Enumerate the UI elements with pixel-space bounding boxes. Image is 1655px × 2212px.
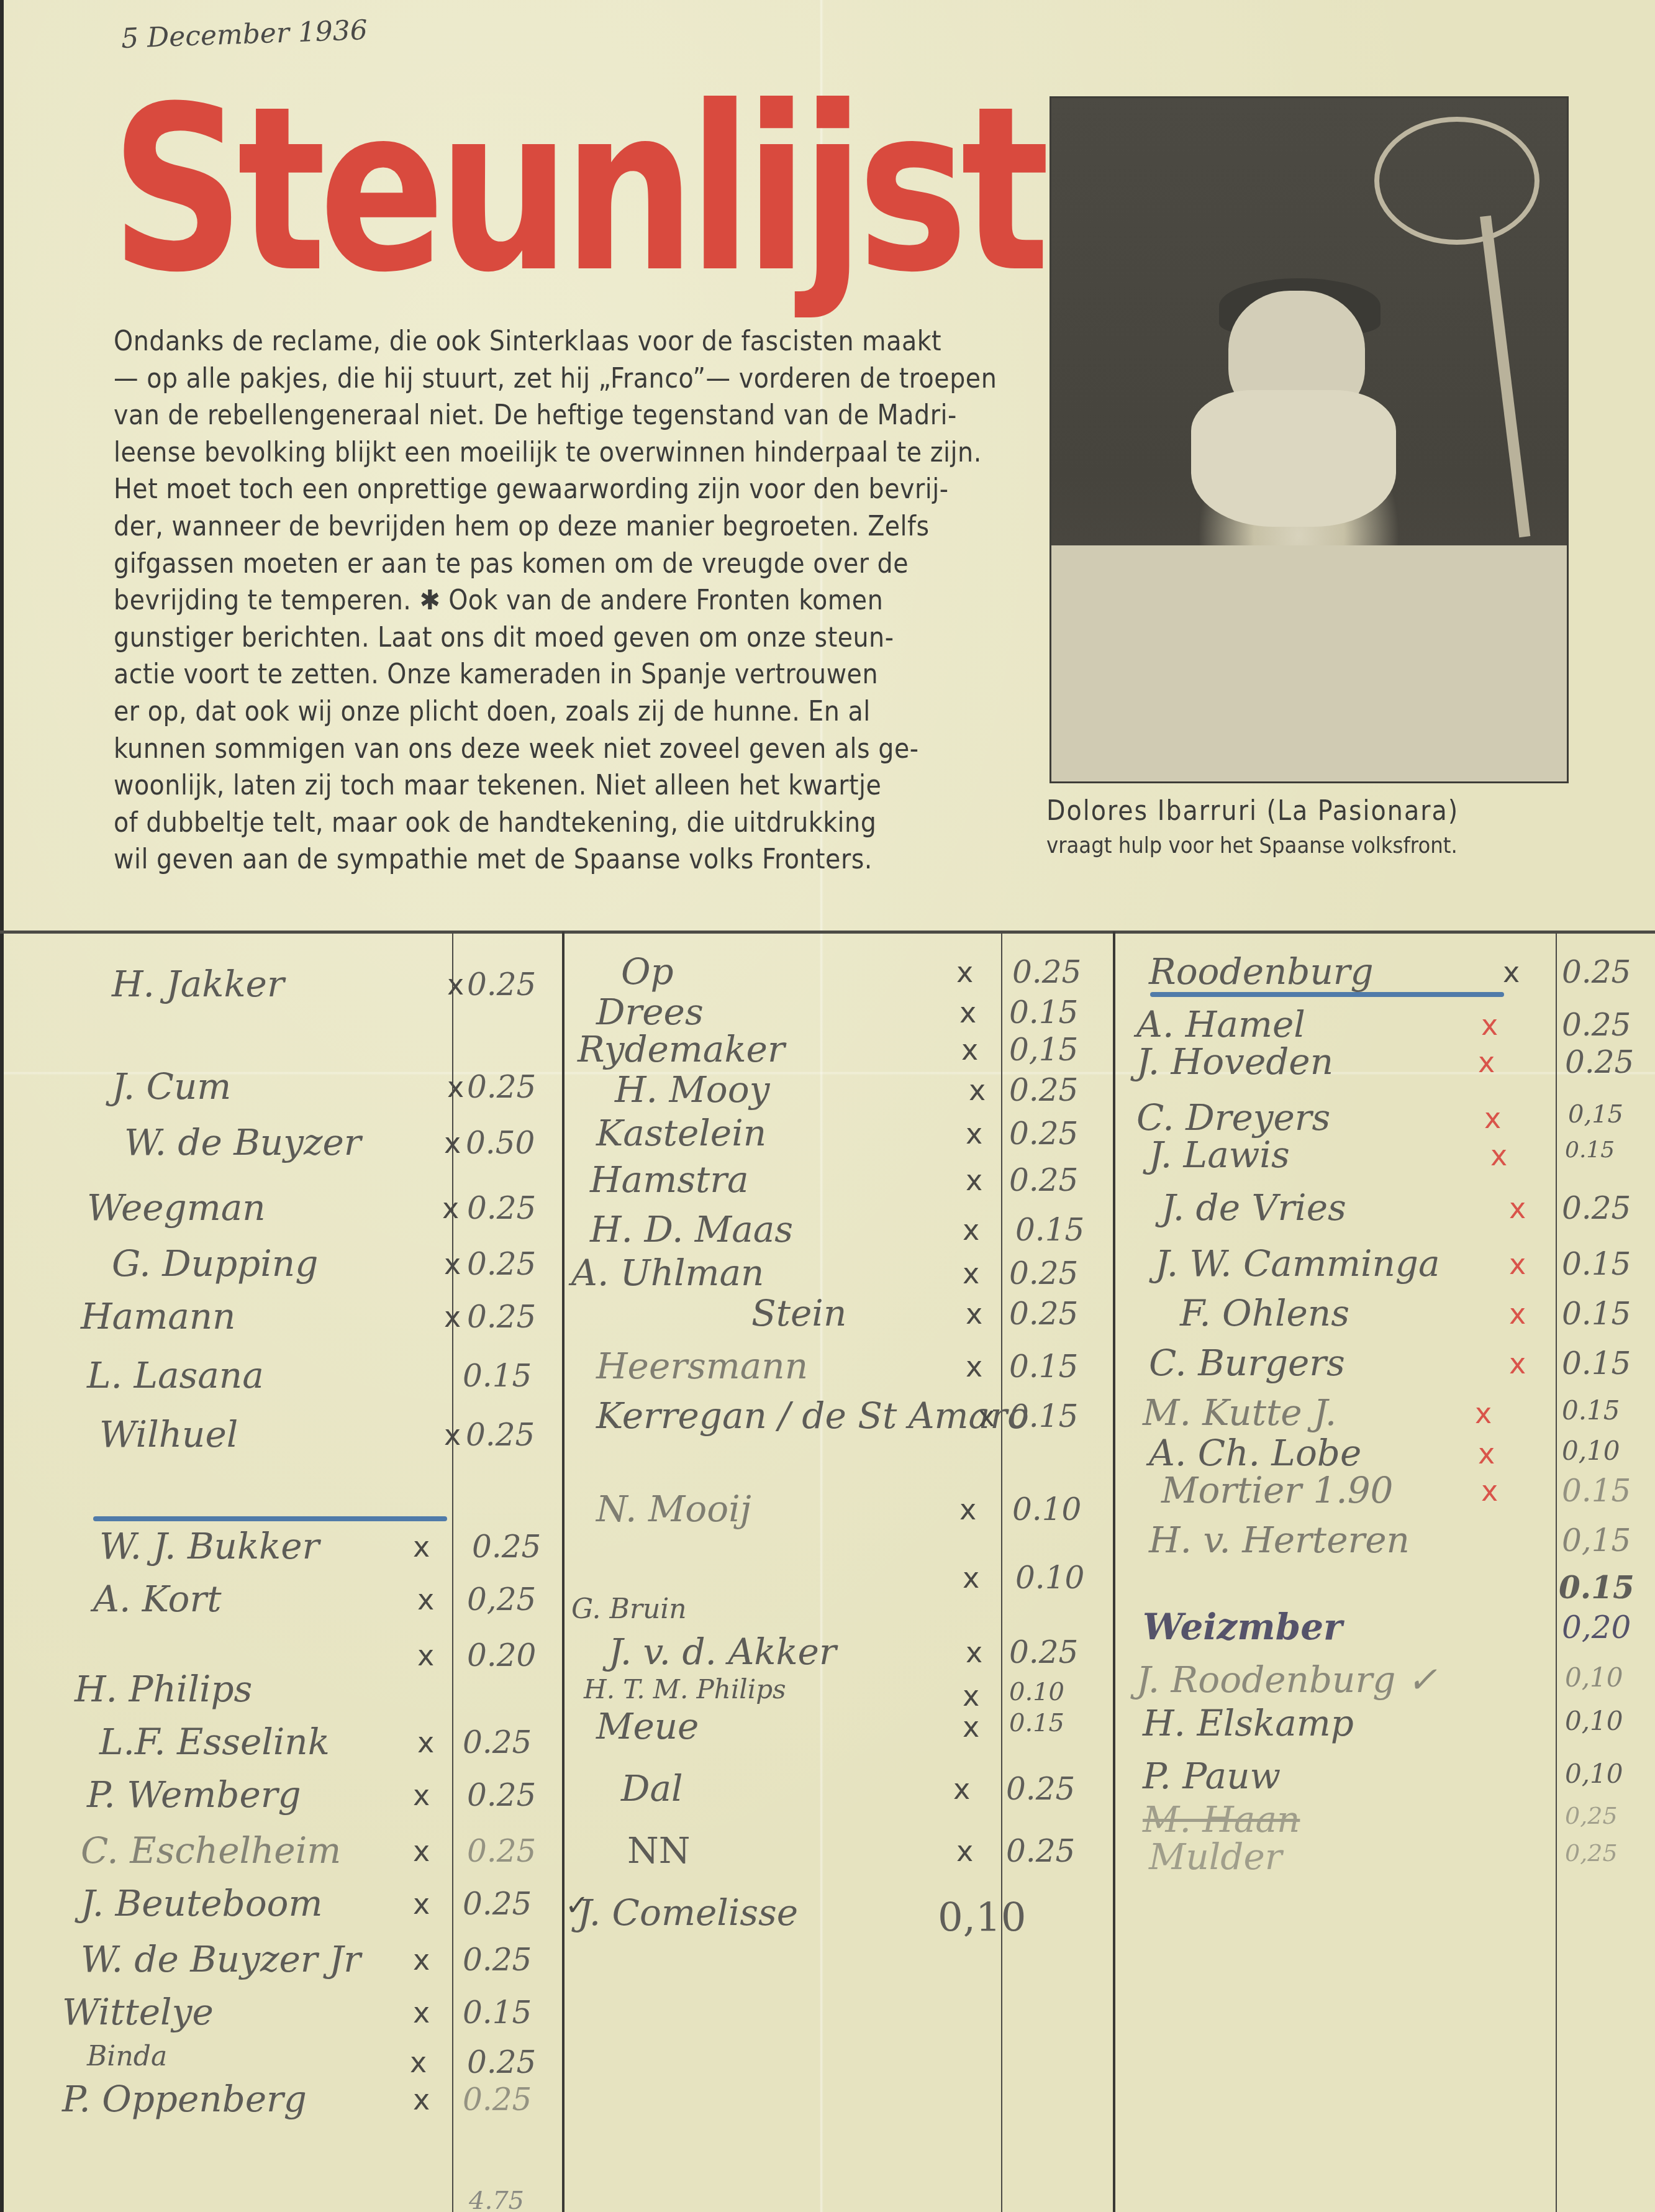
col2-amount-divider [1001,932,1002,2212]
col-divider-1-2 [562,932,565,2212]
check-x-icon: x [413,1887,430,1921]
col3-amount-divider [1556,932,1557,2212]
check-x-icon: x [447,1070,464,1104]
check-x-icon: x [963,1710,979,1744]
red-x-icon: x [1475,1396,1492,1430]
blue-underline [93,1516,447,1521]
check-x-icon: x [442,1191,459,1225]
check-x-icon: x [444,1247,461,1281]
check-x-icon: x [413,1943,430,1977]
intro-line: — op alle pakjes, die hij stuurt, zet hi… [114,360,977,398]
intro-line: van de rebellengeneraal niet. De heftige… [114,397,977,434]
handwritten-date: 5 December 1936 [120,14,368,55]
check-x-icon: x [959,996,976,1029]
check-x-icon: x [413,1530,430,1563]
check-x-icon: x [956,1834,973,1868]
intro-text: Ondanks de reclame, die ook Sinterklaas … [114,323,977,878]
red-x-icon: x [1490,1139,1507,1172]
red-x-icon: x [1481,1474,1498,1508]
intro-line: of dubbeltje telt, maar ook de handteken… [114,804,977,842]
intro-line: kunnen sommigen van ons deze week niet z… [114,731,977,768]
blue-underline [1150,992,1504,997]
checkmark-icon: ✓ [565,1888,589,1922]
red-x-icon: x [1509,1191,1526,1225]
check-x-icon: x [966,1350,982,1383]
red-x-icon: x [1484,1101,1501,1135]
intro-line: Ondanks de reclame, die ook Sinterklaas … [114,323,977,360]
check-x-icon: x [444,1418,461,1452]
microphone-icon [1374,117,1539,245]
caption-line-2: vraagt hulp voor het Spaanse volksfront. [1046,833,1593,858]
red-x-icon: x [1509,1347,1526,1380]
col1-amount-divider [452,932,453,2212]
check-x-icon: x [966,1117,982,1150]
column-subtotal: 4.75 [469,2187,524,2212]
check-x-icon: x [413,2083,430,2116]
page-edge [0,0,4,2212]
check-x-icon: x [417,1639,434,1672]
intro-line: actie voort te zetten. Onze kameraden in… [114,656,977,693]
photo-caption: Dolores Ibarruri (La Pasionara) vraagt h… [1046,795,1593,858]
check-x-icon: x [963,1561,979,1595]
check-x-icon: x [413,1996,430,2029]
list-top-rule [0,931,1655,934]
check-x-icon: x [966,1163,982,1197]
check-x-icon: x [444,1300,461,1334]
intro-line: Het moet toch een onprettige gewaarwordi… [114,471,977,508]
photo-table [1051,545,1567,781]
red-x-icon: x [1509,1297,1526,1331]
check-x-icon: x [963,1679,979,1713]
intro-line: bevrijding te temperen. ✱ Ook van de and… [114,582,977,619]
intro-line: wil geven aan de sympathie met de Spaans… [114,841,977,878]
check-x-icon: x [413,1834,430,1868]
check-x-icon: x [966,1297,982,1331]
red-x-icon: x [1478,1045,1495,1079]
intro-line: er op, dat ook wij onze plicht doen, zoa… [114,693,977,731]
check-x-icon: x [959,1493,976,1526]
intro-line: woonlijk, laten zij toch maar tekenen. N… [114,767,977,804]
check-x-icon: x [417,1726,434,1759]
intro-line: der, wanneer de bevrijden hem op deze ma… [114,508,977,545]
check-x-icon: x [1503,955,1520,989]
check-x-icon: x [413,1778,430,1812]
col-divider-2-3 [1113,932,1115,2212]
check-x-icon: x [969,1073,986,1107]
check-x-icon: x [444,1126,461,1160]
intro-line: gifgassen moeten er aan te pas komen om … [114,545,977,583]
caption-line-1: Dolores Ibarruri (La Pasionara) [1046,795,1593,827]
check-x-icon: x [966,1636,982,1669]
check-x-icon: x [410,2046,427,2079]
red-x-icon: x [1509,1247,1526,1281]
check-x-icon: x [963,1213,979,1247]
red-x-icon: x [1478,1437,1495,1470]
check-x-icon: x [961,1033,978,1067]
microphone-stand [1480,216,1530,537]
check-x-icon: x [978,1400,995,1433]
page-title: Steunlijst [111,99,980,281]
check-x-icon: x [956,955,973,989]
check-x-icon: x [953,1772,970,1806]
red-x-icon: x [1481,1008,1498,1042]
intro-line: gunstiger berichten. Laat ons dit moed g… [114,619,977,657]
check-x-icon: x [417,1583,434,1616]
photo-dolores-ibarruri [1050,96,1569,783]
check-x-icon: x [447,968,464,1001]
check-x-icon: x [963,1257,979,1290]
photo-hands [1191,390,1396,527]
intro-line: leense bevolking blijkt een moeilijk te … [114,434,977,471]
